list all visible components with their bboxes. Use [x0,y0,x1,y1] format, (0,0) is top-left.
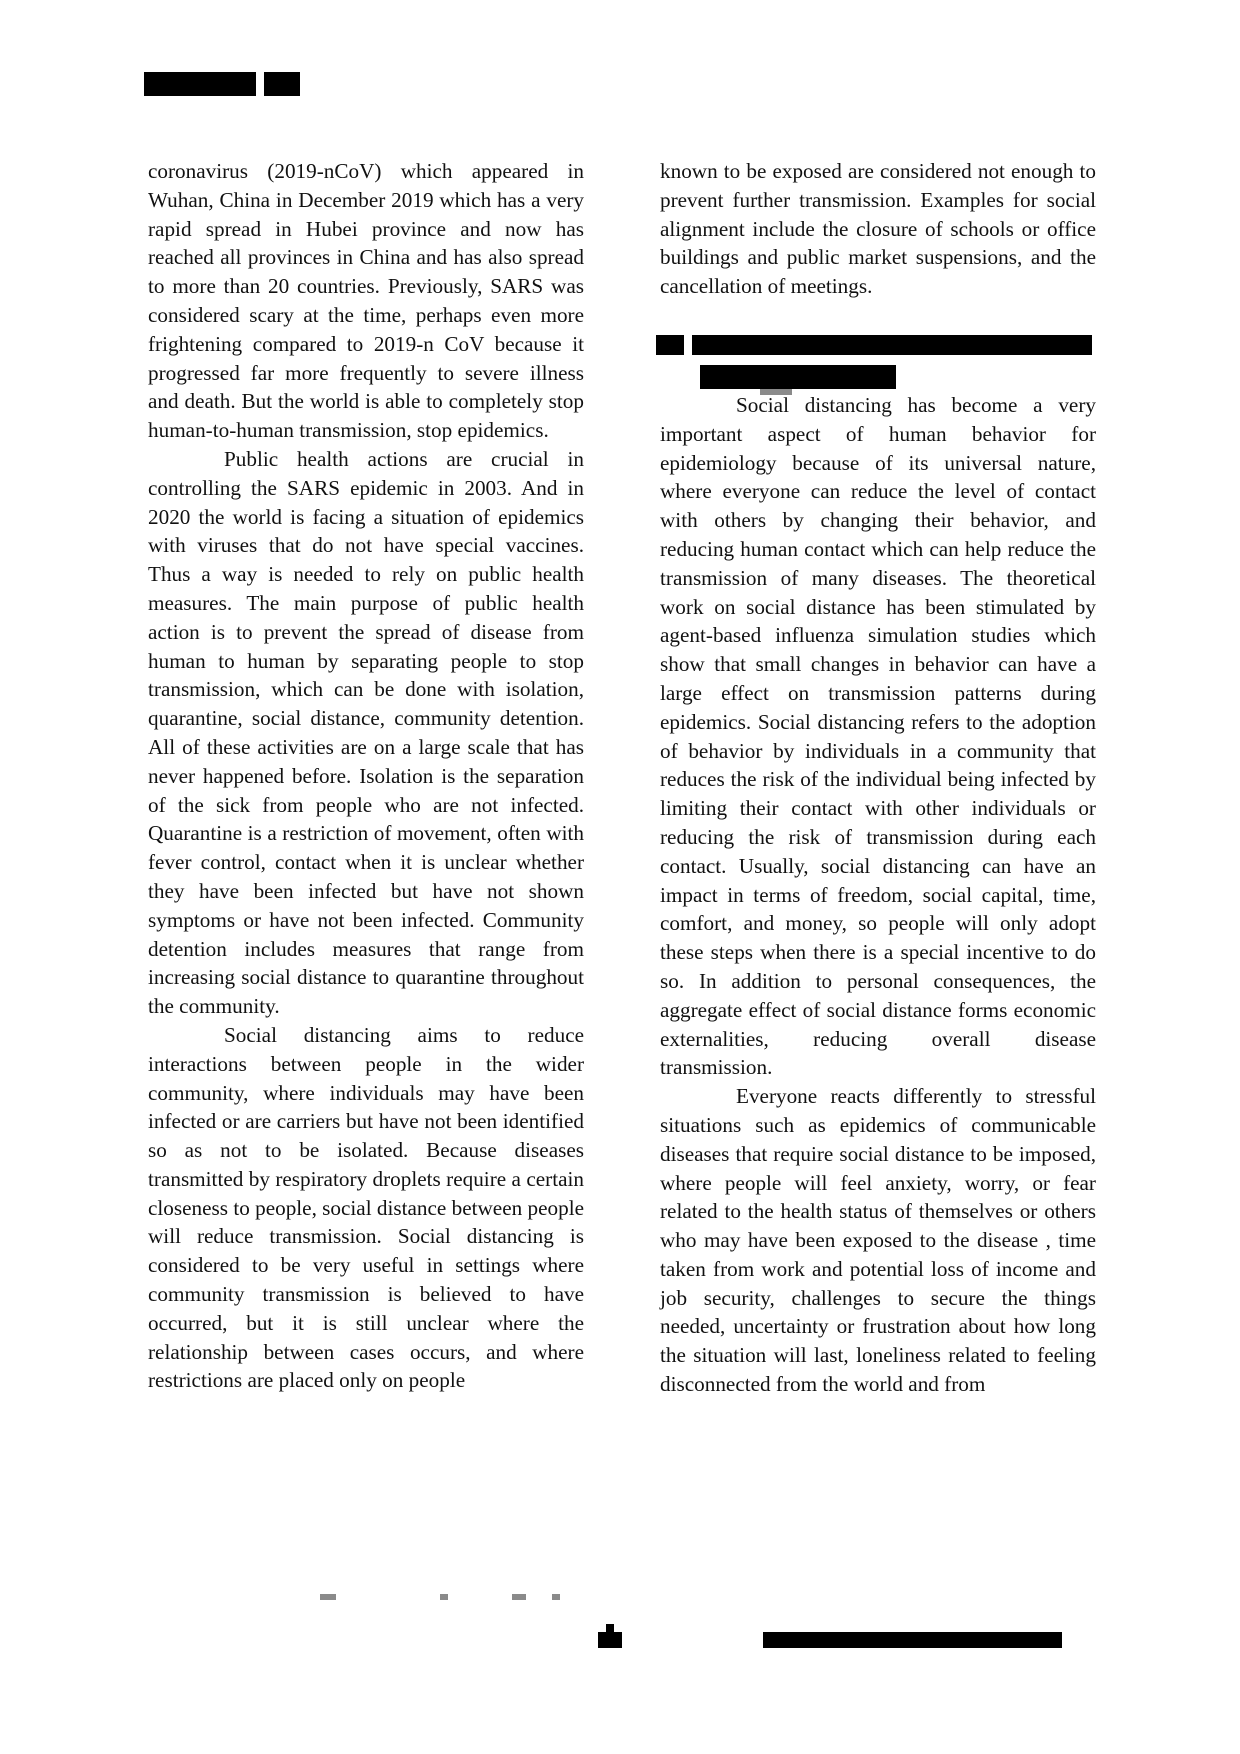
paragraph: coronavirus (2019-nCoV) which appeared i… [148,157,584,445]
footer-journal-info-redacted [763,1632,1062,1648]
paragraph: Everyone reacts differently to stressful… [660,1082,1096,1399]
right-column: known to be exposed are considered not e… [660,157,1096,1399]
left-column: coronavirus (2019-nCoV) which appeared i… [148,157,584,1395]
paragraph: known to be exposed are considered not e… [660,157,1096,301]
paragraph: Social distancing has become a very impo… [660,391,1096,1082]
section-heading-redacted [660,335,1096,417]
paragraph: Public health actions are crucial in con… [148,445,584,1021]
paragraph: Social distancing aims to reduce interac… [148,1021,584,1395]
